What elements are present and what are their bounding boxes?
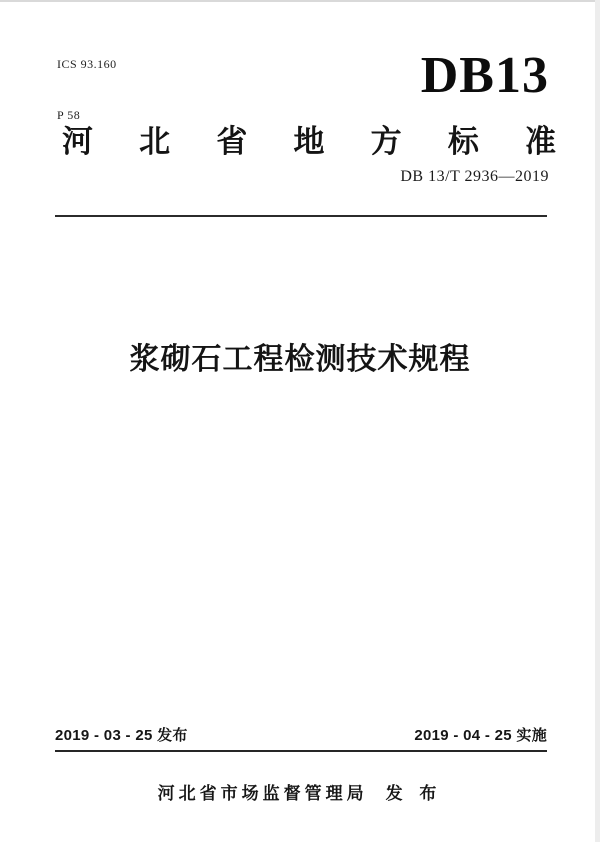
standard-number: DB 13/T 2936—2019 xyxy=(400,168,549,186)
classification-code: P 58 xyxy=(57,107,117,124)
ics-code: ICS 93.160 xyxy=(57,56,117,73)
standard-logo-db13: DB13 xyxy=(421,48,549,104)
page-edge-top xyxy=(0,0,600,2)
page-edge-right xyxy=(595,0,600,842)
date-row: 2019 - 03 - 25 发布 2019 - 04 - 25 实施 xyxy=(55,724,547,752)
publisher-row: 河北省市场监督管理局 发 布 xyxy=(0,779,600,804)
issue-date: 2019 - 03 - 25 发布 xyxy=(55,724,188,745)
header-divider-rule xyxy=(55,215,547,217)
standard-category-heading: 河北省地方标准 xyxy=(62,124,556,160)
issuing-authority: 河北省市场监督管理局 xyxy=(158,779,368,804)
issue-label: 发 布 xyxy=(386,779,443,804)
standard-cover-page: ICS 93.160 P 58 DB13 河北省地方标准 DB 13/T 293… xyxy=(0,0,600,842)
implementation-date: 2019 - 04 - 25 实施 xyxy=(414,724,547,745)
document-title: 浆砌石工程检测技术规程 xyxy=(0,334,600,378)
